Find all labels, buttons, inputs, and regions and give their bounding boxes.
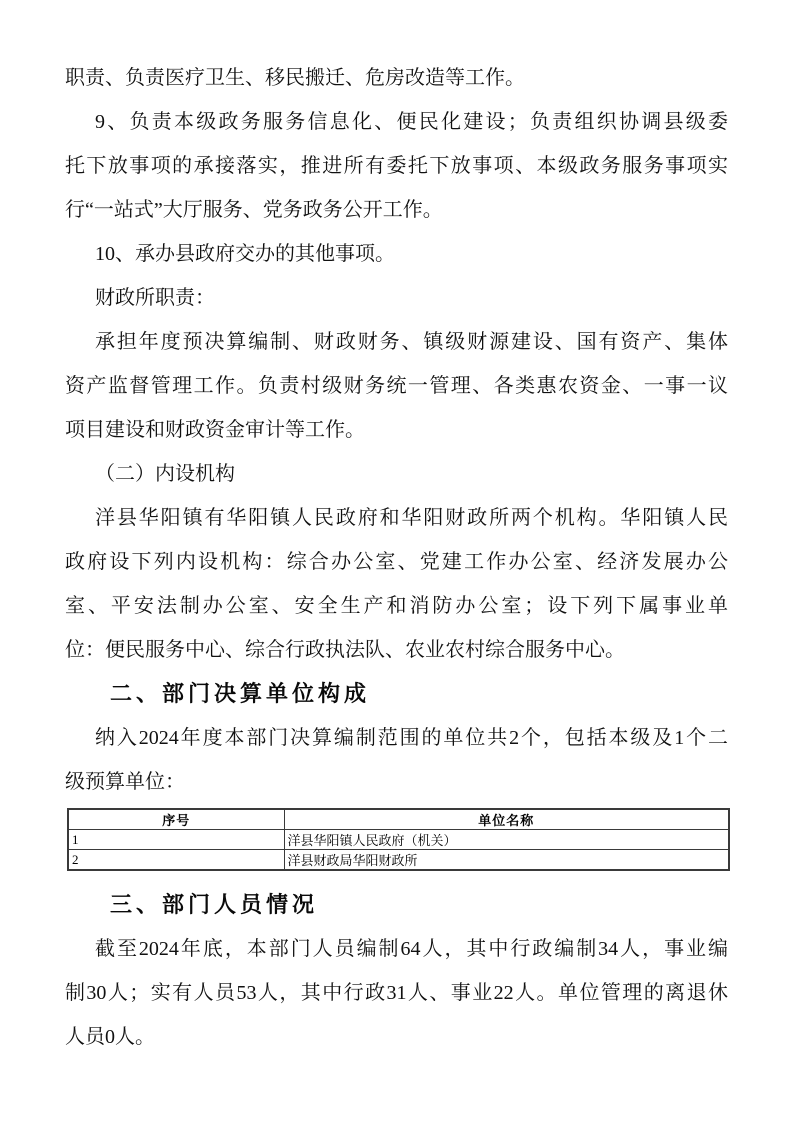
text-line: 人员0人。: [65, 1015, 728, 1059]
section-heading-personnel: 三、部门人员情况: [65, 883, 728, 927]
text-line: （二）内设机构: [65, 452, 728, 496]
text-line: 财政所职责：: [65, 276, 728, 320]
paragraph: 纳入2024年度本部门决算编制范围的单位共2个，包括本级及1个二 级预算单位：: [65, 716, 728, 804]
paragraph: 财政所职责：: [65, 276, 728, 320]
paragraph: 10、承办县政府交办的其他事项。: [65, 232, 728, 276]
text-line: 资产监督管理工作。负责村级财务统一管理、各类惠农资金、一事一议: [65, 364, 728, 408]
table-cell-unit-name: 洋县华阳镇人民政府（机关）: [284, 830, 729, 850]
text-line: 截至2024年底，本部门人员编制64人，其中行政编制34人，事业编: [65, 927, 728, 971]
table-row: 1 洋县华阳镇人民政府（机关）: [68, 830, 729, 850]
table-header-row: 序号 单位名称: [68, 809, 729, 830]
table-header-unit-name: 单位名称: [284, 809, 729, 830]
text-line: 托下放事项的承接落实，推进所有委托下放事项、本级政务服务事项实: [65, 144, 728, 188]
text-line: 行“一站式”大厅服务、党务政务公开工作。: [65, 188, 728, 232]
text-line: 室、平安法制办公室、安全生产和消防办公室；设下列下属事业单: [65, 584, 728, 628]
text-line: 项目建设和财政资金审计等工作。: [65, 408, 728, 452]
table-cell-serial: 1: [68, 830, 284, 850]
paragraph: （二）内设机构: [65, 452, 728, 496]
paragraph: 9、负责本级政务服务信息化、便民化建设；负责组织协调县级委 托下放事项的承接落实…: [65, 100, 728, 232]
text-line: 位：便民服务中心、综合行政执法队、农业农村综合服务中心。: [65, 628, 728, 672]
text-line: 制30人；实有人员53人，其中行政31人、事业22人。单位管理的离退休: [65, 971, 728, 1015]
text-line: 纳入2024年度本部门决算编制范围的单位共2个，包括本级及1个二: [65, 716, 728, 760]
text-line: 职责、负责医疗卫生、移民搬迁、危房改造等工作。: [65, 56, 728, 100]
text-line: 9、负责本级政务服务信息化、便民化建设；负责组织协调县级委: [65, 100, 728, 144]
table-header-serial-number: 序号: [68, 809, 284, 830]
table-cell-unit-name: 洋县财政局华阳财政所: [284, 850, 729, 871]
text-line: 洋县华阳镇有华阳镇人民政府和华阳财政所两个机构。华阳镇人民: [65, 496, 728, 540]
paragraph: 职责、负责医疗卫生、移民搬迁、危房改造等工作。: [65, 56, 728, 100]
text-line: 级预算单位：: [65, 760, 728, 804]
document-page: 职责、负责医疗卫生、移民搬迁、危房改造等工作。 9、负责本级政务服务信息化、便民…: [0, 0, 793, 1122]
paragraph: 洋县华阳镇有华阳镇人民政府和华阳财政所两个机构。华阳镇人民 政府设下列内设机构：…: [65, 496, 728, 672]
table-row: 2 洋县财政局华阳财政所: [68, 850, 729, 871]
text-line: 政府设下列内设机构：综合办公室、党建工作办公室、经济发展办公: [65, 540, 728, 584]
paragraph: 截至2024年底，本部门人员编制64人，其中行政编制34人，事业编 制30人；实…: [65, 927, 728, 1059]
text-line: 10、承办县政府交办的其他事项。: [65, 232, 728, 276]
table-cell-serial: 2: [68, 850, 284, 871]
section-heading-unit-composition: 二、部门决算单位构成: [65, 672, 728, 716]
document-content: 职责、负责医疗卫生、移民搬迁、危房改造等工作。 9、负责本级政务服务信息化、便民…: [65, 56, 728, 1059]
text-line: 承担年度预决算编制、财政财务、镇级财源建设、国有资产、集体: [65, 320, 728, 364]
units-table: 序号 单位名称 1 洋县华阳镇人民政府（机关） 2 洋县财政局华阳财政所: [67, 808, 730, 871]
paragraph: 承担年度预决算编制、财政财务、镇级财源建设、国有资产、集体 资产监督管理工作。负…: [65, 320, 728, 452]
